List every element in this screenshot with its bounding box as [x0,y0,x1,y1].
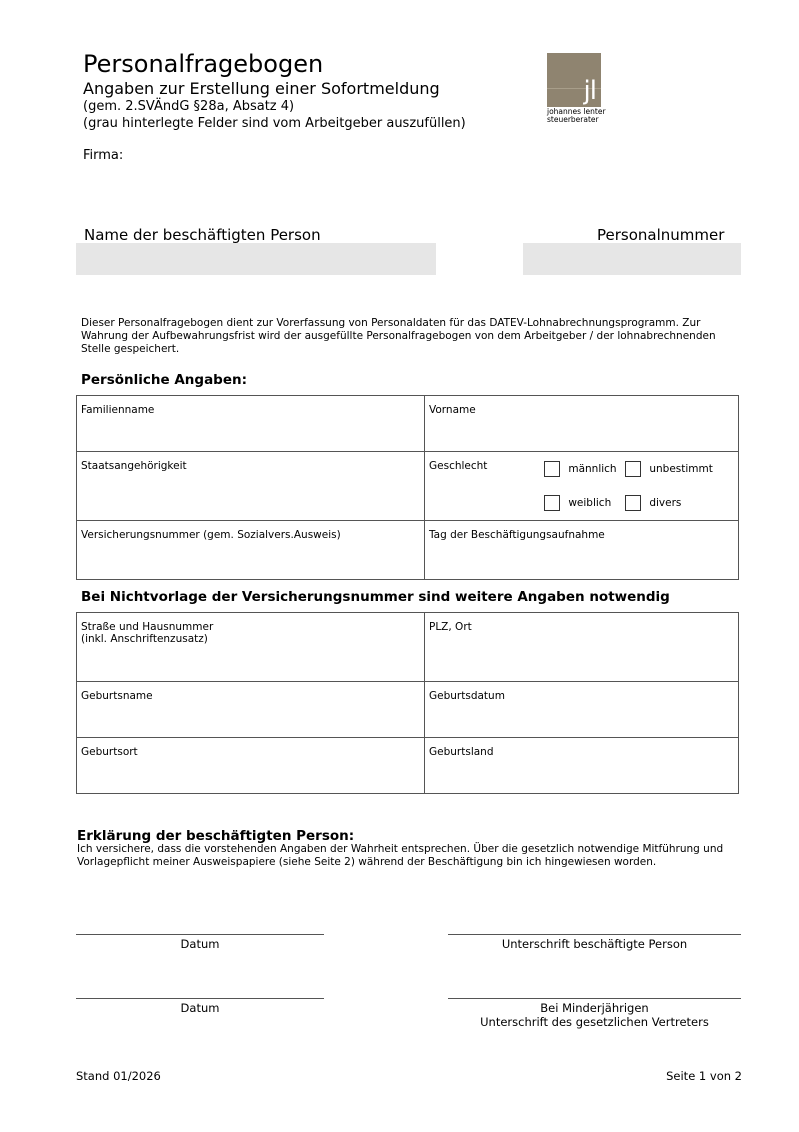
geburtsland-field[interactable]: Geburtsland [425,738,739,794]
geburtsort-field[interactable]: Geburtsort [77,738,425,794]
beschaeftigungsaufnahme-label: Tag der Beschäftigungsaufnahme [429,529,605,541]
guardian-signature-line [448,998,741,999]
versicherungsnummer-label: Versicherungsnummer (gem. Sozialvers.Aus… [81,529,341,541]
beschaeftigungsaufnahme-field[interactable]: Tag der Beschäftigungsaufnahme [425,521,739,580]
geschlecht-cell: Geschlecht männlich unbestimmt weiblich … [425,452,739,521]
signature-block-datum-2[interactable]: Datum [76,998,324,1015]
datum-2-label: Datum [76,1001,324,1015]
unbestimmt-label: unbestimmt [649,463,713,475]
signature-block-employee[interactable]: Unterschrift beschäftigte Person [448,934,741,951]
datum-1-label: Datum [76,937,324,951]
versicherungsnummer-field[interactable]: Versicherungsnummer (gem. Sozialvers.Aus… [77,521,425,580]
additional-section-heading: Bei Nichtvorlage der Versicherungsnummer… [81,589,670,605]
declaration-heading: Erklärung der beschäftigten Person: [77,828,354,844]
geburtsname-label: Geburtsname [81,690,153,702]
personnel-number-field[interactable] [523,243,741,275]
employee-signature-label: Unterschrift beschäftigte Person [448,937,741,951]
logo-profession: steuerberater [547,116,606,124]
signature-block-guardian[interactable]: Bei Minderjährigen Unterschrift des gese… [448,998,741,1029]
checkbox-divers[interactable] [625,495,641,511]
plz-ort-label: PLZ, Ort [429,621,472,633]
familienname-field[interactable]: Familienname [77,396,425,452]
gray-fields-note: (grau hinterlegte Felder sind vom Arbeit… [83,116,466,132]
gender-option-weiblich[interactable]: weiblich [544,495,611,511]
signature-block-datum-1[interactable]: Datum [76,934,324,951]
checkbox-maennlich[interactable] [544,461,560,477]
vorname-label: Vorname [429,404,476,416]
vorname-field[interactable]: Vorname [425,396,739,452]
geburtsort-label: Geburtsort [81,746,138,758]
staatsangehoerigkeit-label: Staatsangehörigkeit [81,460,187,472]
geschlecht-label: Geschlecht [429,460,487,472]
page-number: Seite 1 von 2 [666,1069,742,1083]
strasse-sublabel: (inkl. Anschriftenzusatz) [81,633,420,645]
checkbox-unbestimmt[interactable] [625,461,641,477]
personnel-number-label: Personalnummer [597,226,724,244]
logo-text: johannes lenter steuerberater [547,108,606,124]
geburtsname-field[interactable]: Geburtsname [77,682,425,738]
employee-signature-line [448,934,741,935]
plz-ort-field[interactable]: PLZ, Ort [425,613,739,682]
geburtsdatum-label: Geburtsdatum [429,690,505,702]
maennlich-label: männlich [568,463,616,475]
company-logo: jl [547,53,601,107]
datum-1-line [76,934,324,935]
page-title: Personalfragebogen [83,50,323,78]
checkbox-weiblich[interactable] [544,495,560,511]
guardian-signature-label-1: Bei Minderjährigen [448,1001,741,1015]
firma-label: Firma: [83,148,123,163]
declaration-text: Ich versichere, dass die vorstehenden An… [77,843,747,869]
version-stand: Stand 01/2026 [76,1069,161,1083]
geburtsdatum-field[interactable]: Geburtsdatum [425,682,739,738]
personal-section-heading: Persönliche Angaben: [81,372,247,388]
personal-data-table: Familienname Vorname Staatsangehörigkeit… [76,395,739,580]
page-subtitle: Angaben zur Erstellung einer Sofortmeldu… [83,80,440,98]
employee-name-label: Name der beschäftigten Person [84,226,321,244]
divers-label: divers [649,497,681,509]
additional-data-table: Straße und Hausnummer (inkl. Anschriften… [76,612,739,794]
employee-name-field[interactable] [76,243,436,275]
gender-option-maennlich[interactable]: männlich [544,461,617,477]
gender-option-unbestimmt[interactable]: unbestimmt [625,461,713,477]
weiblich-label: weiblich [568,497,611,509]
geburtsland-label: Geburtsland [429,746,494,758]
guardian-signature-label-2: Unterschrift des gesetzlichen Vertreters [448,1015,741,1029]
logo-monogram: jl [584,77,596,105]
datum-2-line [76,998,324,999]
familienname-label: Familienname [81,404,154,416]
gender-option-divers[interactable]: divers [625,495,681,511]
strasse-label: Straße und Hausnummer [81,621,420,633]
intro-text: Dieser Personalfragebogen dient zur Vore… [81,317,741,356]
staatsangehoerigkeit-field[interactable]: Staatsangehörigkeit [77,452,425,521]
strasse-field[interactable]: Straße und Hausnummer (inkl. Anschriften… [77,613,425,682]
legal-reference: (gem. 2.SVÄndG §28a, Absatz 4) [83,99,294,115]
